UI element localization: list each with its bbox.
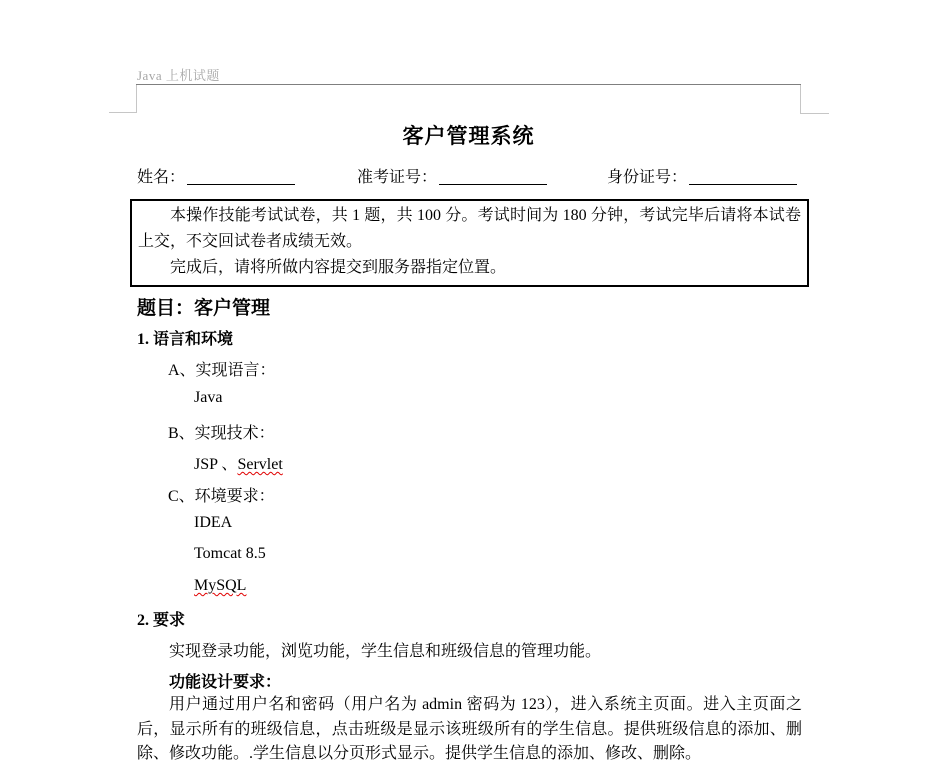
header-rule [136,84,801,85]
section2-heading: 2. 要求 [137,607,185,630]
margin-mark-right-horizontal [800,113,829,114]
name-field: 姓名： [137,164,295,187]
exam-notice-box: 本操作技能考试试卷，共 1 题，共 100 分。考试时间为 180 分钟，考试完… [130,199,809,287]
document-title: 客户管理系统 [137,120,800,150]
name-label: 姓名： [137,169,185,186]
section1-heading: 1. 语言和环境 [137,326,233,349]
item-c-value-mysql: MySQL [194,577,246,595]
ticket-number-label: 准考证号： [357,169,437,186]
topic-heading: 题目：客户管理 [137,293,270,320]
item-c-label: C、环境要求： [168,483,275,506]
ticket-number-blank-line [439,168,547,185]
item-b-value-jsp: JSP 、 [194,456,237,473]
page-header-text: Java 上机试题 [137,65,220,84]
margin-mark-left-horizontal [109,112,137,113]
notice-paragraph-1: 本操作技能考试试卷，共 1 题，共 100 分。考试时间为 180 分钟，考试完… [138,203,801,255]
function-design-subheading: 功能设计要求： [169,669,281,692]
item-b-value: JSP 、Servlet [194,451,283,474]
item-b-value-servlet: Servlet [237,456,282,473]
ticket-number-field: 准考证号： [357,164,547,187]
item-c-value-idea: IDEA [194,514,232,532]
requirement-line: 实现登录功能，浏览功能，学生信息和班级信息的管理功能。 [169,638,601,661]
margin-mark-left-vertical [136,85,137,112]
item-c-value-tomcat: Tomcat 8.5 [194,545,266,563]
id-number-label: 身份证号： [607,169,687,186]
requirement-detail-paragraph: 用户通过用户名和密码（用户名为 admin 密码为 123），进入系统主页面。进… [137,693,802,767]
candidate-info-row: 姓名： 准考证号： 身份证号： [137,164,800,190]
document-page: Java 上机试题 客户管理系统 姓名： 准考证号： 身份证号： 本操作技能考试… [0,0,943,778]
item-a-label: A、实现语言： [168,357,276,380]
item-b-label: B、实现技术： [168,420,275,443]
item-c-value-mysql-text: MySQL [194,577,246,594]
id-number-field: 身份证号： [607,164,797,187]
id-number-blank-line [689,168,797,185]
notice-paragraph-2: 完成后，请将所做内容提交到服务器指定位置。 [138,255,801,281]
name-blank-line [187,168,295,185]
margin-mark-right-vertical [800,85,801,114]
item-a-value: Java [194,389,222,407]
